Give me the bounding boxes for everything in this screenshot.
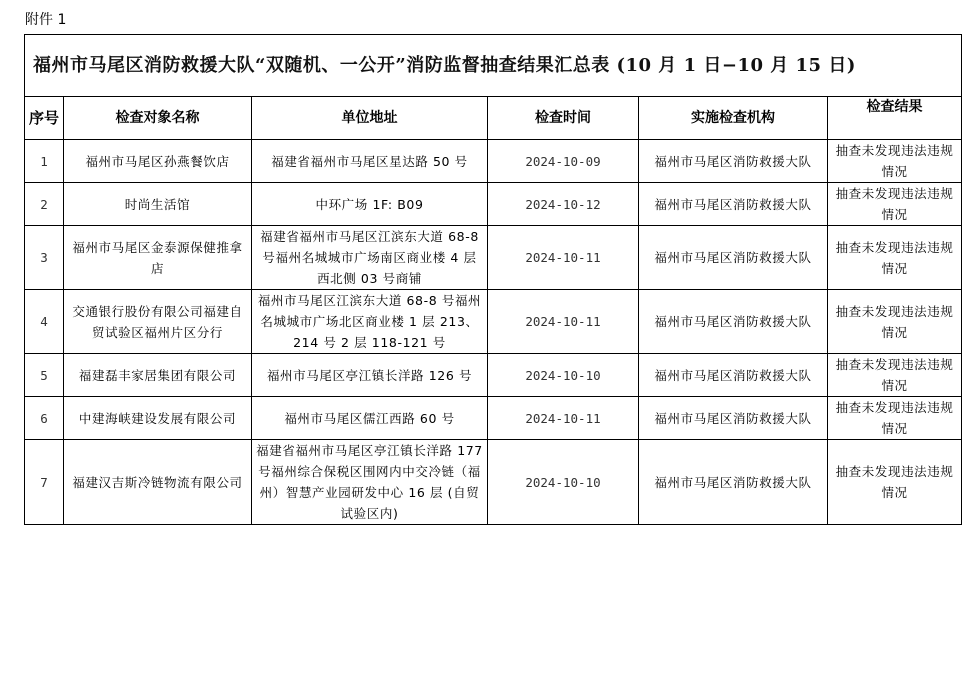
cell-result: 抽查未发现违法违规情况 — [828, 183, 962, 226]
cell-name: 福建汉吉斯冷链物流有限公司 — [64, 440, 252, 525]
cell-name: 福建磊丰家居集团有限公司 — [64, 354, 252, 397]
cell-address: 福建省福州市马尾区江滨东大道 68-8 号福州名城城市广场南区商业楼 4 层西北… — [252, 226, 488, 290]
cell-name: 中建海峡建设发展有限公司 — [64, 397, 252, 440]
cell-seq: 7 — [25, 440, 64, 525]
title-row: 福州市马尾区消防救援大队“双随机、一公开”消防监督抽查结果汇总表 (10 月 1… — [25, 35, 962, 97]
cell-seq: 5 — [25, 354, 64, 397]
cell-date: 2024-10-11 — [488, 397, 639, 440]
cell-name: 交通银行股份有限公司福建自贸试验区福州片区分行 — [64, 290, 252, 354]
cell-date: 2024-10-11 — [488, 290, 639, 354]
cell-result: 抽查未发现违法违规情况 — [828, 290, 962, 354]
table-row: 1 福州市马尾区孙燕餐饮店 福建省福州市马尾区星达路 50 号 2024-10-… — [25, 140, 962, 183]
cell-seq: 4 — [25, 290, 64, 354]
column-header-result: 检查结果 — [828, 97, 962, 140]
cell-name: 福州市马尾区孙燕餐饮店 — [64, 140, 252, 183]
cell-name: 时尚生活馆 — [64, 183, 252, 226]
cell-org: 福州市马尾区消防救援大队 — [639, 290, 828, 354]
cell-org: 福州市马尾区消防救援大队 — [639, 140, 828, 183]
column-header-org: 实施检查机构 — [639, 97, 828, 140]
column-header-address: 单位地址 — [252, 97, 488, 140]
cell-org: 福州市马尾区消防救援大队 — [639, 226, 828, 290]
cell-address: 福州市马尾区儒江西路 60 号 — [252, 397, 488, 440]
table-row: 7 福建汉吉斯冷链物流有限公司 福建省福州市马尾区亭江镇长洋路 177 号福州综… — [25, 440, 962, 525]
table-row: 6 中建海峡建设发展有限公司 福州市马尾区儒江西路 60 号 2024-10-1… — [25, 397, 962, 440]
cell-name: 福州市马尾区金泰源保健推拿店 — [64, 226, 252, 290]
column-header-name: 检查对象名称 — [64, 97, 252, 140]
cell-result: 抽查未发现违法违规情况 — [828, 354, 962, 397]
cell-address: 中环广场 1F: B09 — [252, 183, 488, 226]
cell-address: 福建省福州市马尾区亭江镇长洋路 177 号福州综合保税区围网内中交冷链（福州）智… — [252, 440, 488, 525]
cell-date: 2024-10-10 — [488, 354, 639, 397]
cell-org: 福州市马尾区消防救援大队 — [639, 183, 828, 226]
cell-date: 2024-10-10 — [488, 440, 639, 525]
cell-date: 2024-10-09 — [488, 140, 639, 183]
cell-date: 2024-10-11 — [488, 226, 639, 290]
cell-address: 福建省福州市马尾区星达路 50 号 — [252, 140, 488, 183]
table-row: 5 福建磊丰家居集团有限公司 福州市马尾区亭江镇长洋路 126 号 2024-1… — [25, 354, 962, 397]
cell-org: 福州市马尾区消防救援大队 — [639, 397, 828, 440]
cell-seq: 1 — [25, 140, 64, 183]
cell-result: 抽查未发现违法违规情况 — [828, 140, 962, 183]
table-row: 2 时尚生活馆 中环广场 1F: B09 2024-10-12 福州市马尾区消防… — [25, 183, 962, 226]
header-row: 序号 检查对象名称 单位地址 检查时间 实施检查机构 检查结果 — [25, 97, 962, 140]
cell-seq: 3 — [25, 226, 64, 290]
inspection-results-table: 福州市马尾区消防救援大队“双随机、一公开”消防监督抽查结果汇总表 (10 月 1… — [24, 34, 962, 525]
column-header-seq: 序号 — [25, 97, 64, 140]
table-row: 4 交通银行股份有限公司福建自贸试验区福州片区分行 福州市马尾区江滨东大道 68… — [25, 290, 962, 354]
cell-result: 抽查未发现违法违规情况 — [828, 440, 962, 525]
cell-seq: 6 — [25, 397, 64, 440]
cell-org: 福州市马尾区消防救援大队 — [639, 354, 828, 397]
cell-seq: 2 — [25, 183, 64, 226]
cell-address: 福州市马尾区亭江镇长洋路 126 号 — [252, 354, 488, 397]
table-row: 3 福州市马尾区金泰源保健推拿店 福建省福州市马尾区江滨东大道 68-8 号福州… — [25, 226, 962, 290]
cell-address: 福州市马尾区江滨东大道 68-8 号福州名城城市广场北区商业楼 1 层 213、… — [252, 290, 488, 354]
cell-result: 抽查未发现违法违规情况 — [828, 226, 962, 290]
cell-date: 2024-10-12 — [488, 183, 639, 226]
column-header-date: 检查时间 — [488, 97, 639, 140]
table-title: 福州市马尾区消防救援大队“双随机、一公开”消防监督抽查结果汇总表 (10 月 1… — [25, 35, 962, 97]
cell-org: 福州市马尾区消防救援大队 — [639, 440, 828, 525]
attachment-label: 附件 1 — [25, 11, 66, 29]
cell-result: 抽查未发现违法违规情况 — [828, 397, 962, 440]
